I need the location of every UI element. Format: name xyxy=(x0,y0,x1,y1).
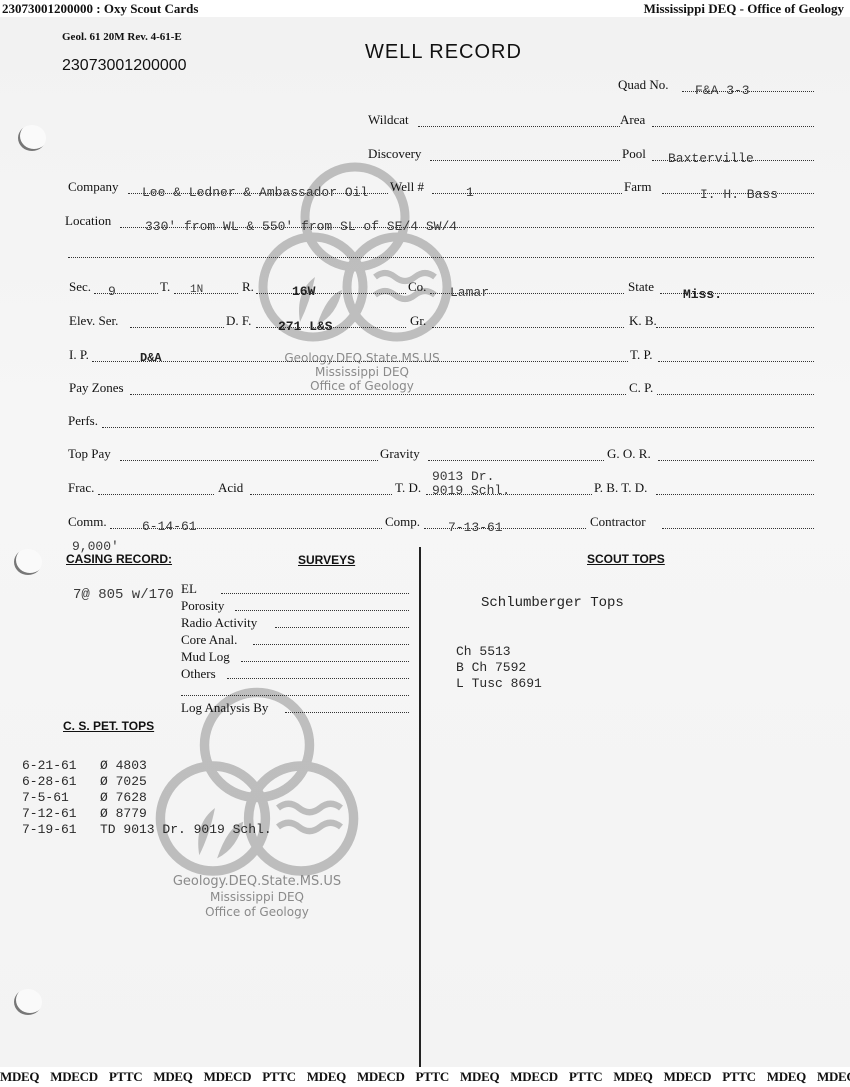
state-value: Miss. xyxy=(683,287,722,302)
punch-hole xyxy=(18,125,46,151)
survey-item-el: EL xyxy=(181,580,411,597)
survey-item-blank xyxy=(181,682,411,699)
cs-pet-tops-list: 6-21-61Ø 4803 6-28-61Ø 7025 7-5-61Ø 7628… xyxy=(22,758,272,838)
scout-top-item: B Ch 7592 xyxy=(456,660,542,676)
farm-label: Farm xyxy=(624,179,651,195)
punch-hole xyxy=(14,549,42,575)
gor-label: G. O. R. xyxy=(607,446,651,462)
survey-item-radio-activity: Radio Activity xyxy=(181,614,411,631)
discovery-label: Discovery xyxy=(368,146,421,162)
td-label: T. D. xyxy=(395,480,421,496)
top-pay-label: Top Pay xyxy=(68,446,111,462)
df-label: D. F. xyxy=(226,313,251,329)
cs-pet-tops-row: 6-21-61Ø 4803 xyxy=(22,758,272,774)
cs-pet-tops-row: 7-12-61Ø 8779 xyxy=(22,806,272,822)
wildcat-label: Wildcat xyxy=(368,112,409,128)
pool-value: Baxterville xyxy=(668,151,754,166)
cs-pet-tops-row: 7-5-61Ø 7628 xyxy=(22,790,272,806)
scout-top-item: Ch 5513 xyxy=(456,644,542,660)
pay-zones-label: Pay Zones xyxy=(69,380,124,396)
area-label: Area xyxy=(620,112,645,128)
section-divider xyxy=(419,547,421,1067)
td-value-drill: 9013 Dr. xyxy=(432,469,494,484)
perfs-label: Perfs. xyxy=(68,413,98,429)
location-value: 330' from WL & 550' from SL of SE/4 SW/4 xyxy=(145,219,457,234)
sec-value: 9 xyxy=(108,284,116,299)
quad-no-label: Quad No. xyxy=(618,77,669,93)
county-value: Lamar xyxy=(450,285,489,300)
location-label: Location xyxy=(65,213,111,229)
card-id: 23073001200000 xyxy=(62,57,187,75)
state-label: State xyxy=(628,279,654,295)
well-no-value: 1 xyxy=(466,185,474,200)
scout-tops-subheading: Schlumberger Tops xyxy=(481,595,624,611)
cs-pet-tops-row: 6-28-61Ø 7025 xyxy=(22,774,272,790)
well-no-label: Well # xyxy=(390,179,424,195)
r-value: 16W xyxy=(292,284,315,299)
gr-label: Gr. xyxy=(410,313,426,329)
footer-banner: MDEQMDECDPTTCMDEQMDECDPTTCMDEQMDECDPTTCM… xyxy=(0,1067,850,1087)
watermark-office: Office of Geology xyxy=(262,379,462,393)
watermark-office: Office of Geology xyxy=(157,905,357,919)
surveys-heading: SURVEYS xyxy=(298,553,355,567)
watermark-url: Geology.DEQ.State.MS.US xyxy=(262,351,462,365)
quad-no-value: F&A 3-3 xyxy=(695,83,750,98)
casing-record-heading: CASING RECORD: xyxy=(66,552,172,566)
surveys-list: EL Porosity Radio Activity Core Anal. Mu… xyxy=(181,580,411,716)
survey-item-core-anal: Core Anal. xyxy=(181,631,411,648)
cs-pet-tops-row: 7-19-61TD 9013 Dr. 9019 Schl. xyxy=(22,822,272,838)
contractor-label: Contractor xyxy=(590,514,646,530)
elev-ser-label: Elev. Ser. xyxy=(69,313,118,329)
location-continuation-line xyxy=(68,257,814,258)
ip-value: D&A xyxy=(140,351,162,365)
frac-label: Frac. xyxy=(68,480,94,496)
tp-label: T. P. xyxy=(630,347,653,363)
gravity-label: Gravity xyxy=(380,446,420,462)
punch-hole xyxy=(14,989,42,1015)
survey-item-others: Others xyxy=(181,665,411,682)
survey-item-porosity: Porosity xyxy=(181,597,411,614)
cp-label: C. P. xyxy=(629,380,653,396)
r-label: R. xyxy=(242,279,254,295)
pool-label: Pool xyxy=(622,146,646,162)
comm-value: 6-14-61 xyxy=(142,519,197,534)
comp-label: Comp. xyxy=(385,514,420,530)
survey-item-log-analysis-by: Log Analysis By xyxy=(181,699,411,716)
county-label: Co. xyxy=(408,279,426,295)
scout-tops-list: Ch 5513 B Ch 7592 L Tusc 8691 xyxy=(456,644,542,692)
kb-label: K. B. xyxy=(629,313,657,329)
t-value: 1N xyxy=(190,284,203,296)
watermark-url: Geology.DEQ.State.MS.US xyxy=(157,874,357,889)
form-number: Geol. 61 20M Rev. 4-61-E xyxy=(62,31,182,43)
farm-value: I. H. Bass xyxy=(700,187,778,202)
survey-item-mud-log: Mud Log xyxy=(181,648,411,665)
t-label: T. xyxy=(160,279,170,295)
header-agency: Mississippi DEQ - Office of Geology xyxy=(644,0,844,17)
sec-label: Sec. xyxy=(69,279,91,295)
comp-value: 7-13-61 xyxy=(448,520,503,535)
scout-tops-heading: SCOUT TOPS xyxy=(587,552,665,566)
watermark-agency: Mississippi DEQ xyxy=(262,365,462,379)
watermark-agency: Mississippi DEQ xyxy=(157,890,357,904)
td-value-schl: 9019 Schl. xyxy=(432,483,510,498)
casing-record-entry: 7@ 805 w/170 xyxy=(73,587,174,603)
header-card-title: 23073001200000 : Oxy Scout Cards xyxy=(2,0,198,17)
company-value: Lee & Ledner & Ambassador Oil xyxy=(142,185,368,200)
df-value: 271 L&S xyxy=(278,319,333,334)
pbtd-label: P. B. T. D. xyxy=(594,480,647,496)
scout-top-item: L Tusc 8691 xyxy=(456,676,542,692)
page-title: WELL RECORD xyxy=(365,41,522,64)
company-label: Company xyxy=(68,179,119,195)
cs-pet-tops-heading: C. S. PET. TOPS xyxy=(63,719,154,733)
well-record-card: Geology.DEQ.State.MS.US Mississippi DEQ … xyxy=(0,17,850,1067)
ip-label: I. P. xyxy=(69,347,89,363)
acid-label: Acid xyxy=(218,480,243,496)
comm-label: Comm. xyxy=(68,514,107,530)
